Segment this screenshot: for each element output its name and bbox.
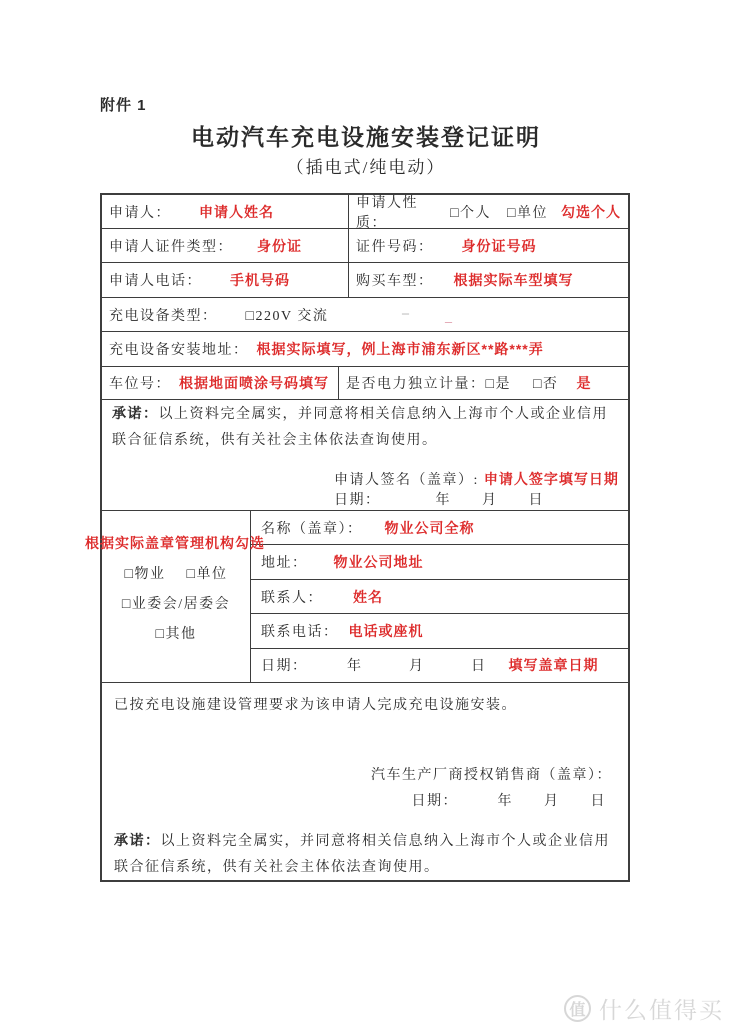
org-name-annotation: 物业公司全称 xyxy=(385,518,475,538)
dealer-promise-body-text: 以上资料完全属实，并同意将相关信息纳入上海市个人或企业信用联合征信系统，供有关社… xyxy=(114,834,610,875)
checkbox-committee: □业委会/居委会 xyxy=(122,597,230,612)
id-number-cell: 证件号码： 身份证号码 xyxy=(348,229,628,262)
smzdm-watermark: 值 什么值得买 xyxy=(564,992,724,1025)
checkbox-other: □其他 xyxy=(156,627,197,642)
applicant-signature-label: 申请人签名（盖章）: xyxy=(334,473,484,488)
org-contact-annotation: 姓名 xyxy=(353,587,383,607)
smzdm-watermark-text: 什么值得买 xyxy=(599,992,724,1025)
parking-space-label: 车位号： xyxy=(109,373,171,393)
applicant-name-annotation: 申请人姓名 xyxy=(199,202,274,222)
checkbox-org-unit: □单位 xyxy=(187,567,228,582)
org-name-label: 名称（盖章）： xyxy=(261,518,363,538)
applicant-nature-annotation: 勾选个人 xyxy=(561,202,621,222)
checkbox-unit: □单位 xyxy=(507,202,548,222)
org-phone-label: 联系电话： xyxy=(261,621,339,641)
installation-complete-text: 已按充电设施建设管理要求为该申请人完成充电设施安装。 xyxy=(114,694,616,714)
management-options: □物业 □单位 □业委会/居委会 □其他 xyxy=(102,511,250,643)
phone-label: 申请人电话： xyxy=(109,270,202,290)
org-contact-label: 联系人： xyxy=(261,587,323,607)
id-number-annotation: 身份证号码 xyxy=(462,236,537,256)
address-annotation: 根据实际填写，例上海市浦东新区**路***弄 xyxy=(257,339,544,359)
address-label: 充电设备安装地址： xyxy=(109,339,249,359)
checkbox-property: □物业 xyxy=(125,567,166,582)
management-info-rows: 名称（盖章）： 物业公司全称 地址： 物业公司地址 联系人： 姓名 联系电话： … xyxy=(250,511,628,682)
row-address: 充电设备安装地址： 根据实际填写，例上海市浦东新区**路***弄 xyxy=(102,332,628,367)
checkbox-metering-yes: □是 xyxy=(486,373,511,393)
phone-annotation: 手机号码 xyxy=(230,270,290,290)
page-subtitle: （插电式/纯电动） xyxy=(0,153,732,178)
charger-type-cell: 充电设备类型： □220V 交流 – _ xyxy=(102,298,628,331)
id-type-label: 申请人证件类型： xyxy=(109,236,233,256)
applicant-nature-cell: 申请人性质： □个人 □单位 勾选个人 xyxy=(348,195,628,228)
applicant-nature-label: 申请人性质： xyxy=(356,192,440,232)
promise-body-text: 以上资料完全属实，并同意将相关信息纳入上海市个人或企业信用联合征信系统，供有关社… xyxy=(112,407,608,448)
row-id: 申请人证件类型： 身份证 证件号码： 身份证号码 xyxy=(102,229,628,263)
org-name-row: 名称（盖章）： 物业公司全称 xyxy=(251,511,628,545)
org-address-annotation: 物业公司地址 xyxy=(334,552,424,572)
row-phone-model: 申请人电话： 手机号码 购买车型： 根据实际车型填写 xyxy=(102,263,628,298)
smzdm-logo-icon: 值 xyxy=(564,995,591,1022)
faint-mark: _ xyxy=(445,310,452,326)
org-date-label: 日期： 年 月 日 xyxy=(261,655,487,675)
applicant-signature-line: 申请人签名（盖章）: 申请人签字填写日期 xyxy=(334,469,619,489)
id-number-label: 证件号码： xyxy=(356,236,434,256)
checkbox-metering-no: □否 xyxy=(533,373,558,393)
org-date-row: 日期： 年 月 日 填写盖章日期 xyxy=(251,649,628,682)
org-phone-annotation: 电话或座机 xyxy=(349,621,424,641)
org-address-row: 地址： 物业公司地址 xyxy=(251,545,628,579)
car-model-cell: 购买车型： 根据实际车型填写 xyxy=(348,263,628,297)
metering-label: 是否电力独立计量： xyxy=(346,373,486,393)
row-installer-dealer: 已按充电设施建设管理要求为该申请人完成充电设施安装。 汽车生产厂商授权销售商（盖… xyxy=(102,683,628,880)
row-management-org: 根据实际盖章管理机构勾选 □物业 □单位 □业委会/居委会 □其他 名 xyxy=(102,511,628,683)
dealer-promise-bold-label: 承诺： xyxy=(114,834,161,849)
applicant-promise-cell: 承诺：以上资料完全属实，并同意将相关信息纳入上海市个人或企业信用联合征信系统，供… xyxy=(102,393,629,518)
dealer-seal-label: 汽车生产厂商授权销售商（盖章）： xyxy=(114,764,616,784)
row-applicant-promise: 承诺：以上资料完全属实，并同意将相关信息纳入上海市个人或企业信用联合征信系统，供… xyxy=(102,400,628,511)
management-note-annotation: 根据实际盖章管理机构勾选 xyxy=(85,533,265,553)
management-option-line: □物业 □单位 xyxy=(102,563,250,583)
id-type-cell: 申请人证件类型： 身份证 xyxy=(102,229,348,262)
dealer-date-line: 日期： 年 月 日 xyxy=(114,790,616,810)
attachment-label: 附件 1 xyxy=(100,94,147,115)
address-cell: 充电设备安装地址： 根据实际填写，例上海市浦东新区**路***弄 xyxy=(102,332,628,366)
org-address-label: 地址： xyxy=(261,552,308,572)
phone-cell: 申请人电话： 手机号码 xyxy=(102,263,348,297)
id-type-annotation: 身份证 xyxy=(257,236,302,256)
scanned-form-page: 附件 1 电动汽车充电设施安装登记证明 （插电式/纯电动） 申请人： 申请人姓名… xyxy=(0,0,732,1035)
row-charger-type: 充电设备类型： □220V 交流 – _ xyxy=(102,298,628,332)
applicant-date-line: 日期： 年 月 日 xyxy=(334,489,619,509)
metering-annotation: 是 xyxy=(576,373,591,393)
car-model-annotation: 根据实际车型填写 xyxy=(454,270,574,290)
faint-mark: – xyxy=(402,306,409,322)
promise-paragraph: 承诺：以上资料完全属实，并同意将相关信息纳入上海市个人或企业信用联合征信系统，供… xyxy=(112,402,619,454)
org-date-annotation: 填写盖章日期 xyxy=(509,655,599,675)
management-option-line: □业委会/居委会 xyxy=(102,593,250,613)
row-applicant: 申请人： 申请人姓名 申请人性质： □个人 □单位 勾选个人 xyxy=(102,195,628,229)
parking-space-annotation: 根据地面喷涂号码填写 xyxy=(179,373,329,393)
charger-type-label: 充电设备类型： xyxy=(109,305,218,325)
registration-form-table: 申请人： 申请人姓名 申请人性质： □个人 □单位 勾选个人 申请人证件类型： … xyxy=(100,193,630,882)
promise-bold-label: 承诺： xyxy=(112,407,159,422)
org-contact-row: 联系人： 姓名 xyxy=(251,580,628,614)
checkbox-220v-ac: □220V 交流 xyxy=(246,305,329,325)
checkbox-individual: □个人 xyxy=(450,202,491,222)
car-model-label: 购买车型： xyxy=(356,270,434,290)
page-title: 电动汽车充电设施安装登记证明 xyxy=(0,119,732,152)
org-phone-row: 联系电话： 电话或座机 xyxy=(251,614,628,648)
management-checkbox-cell: 根据实际盖章管理机构勾选 □物业 □单位 □业委会/居委会 □其他 xyxy=(102,511,250,682)
applicant-signature-annotation: 申请人签字填写日期 xyxy=(484,471,619,487)
dealer-promise-paragraph: 承诺：以上资料完全属实，并同意将相关信息纳入上海市个人或企业信用联合征信系统，供… xyxy=(114,829,616,881)
applicant-name-label: 申请人： xyxy=(109,202,171,222)
applicant-name-cell: 申请人： 申请人姓名 xyxy=(102,195,348,228)
management-option-line: □其他 xyxy=(102,623,250,643)
